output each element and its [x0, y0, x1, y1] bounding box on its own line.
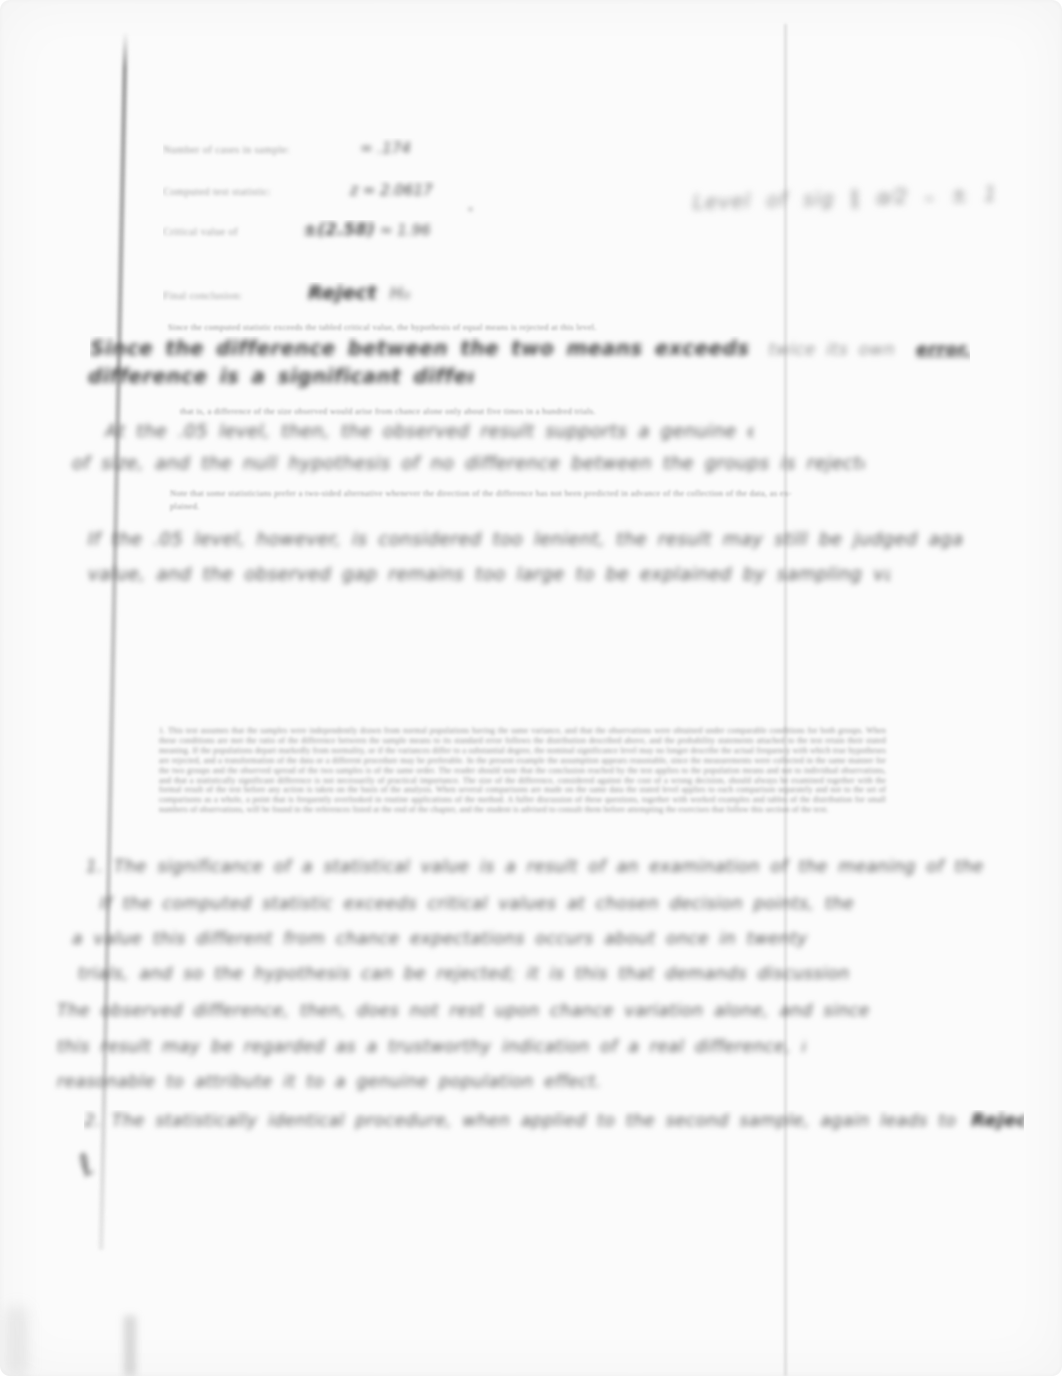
body-line-4: value, and the observed gap remains too …: [88, 564, 890, 594]
form-line-2-label: Computed test statistic:: [163, 187, 345, 198]
paragraph-1-line-3: a value this different from chance expec…: [72, 929, 896, 959]
paragraph-2-emphasis: Rejecting: [971, 1110, 1024, 1131]
form-line-1-label: Number of cases in sample:: [163, 145, 355, 156]
paragraph-1-line-1: 1. The significance of a statistical val…: [86, 857, 991, 887]
form-line-3: Critical value of ±(2.58) ≈ 1.96: [163, 220, 633, 248]
form-line-1: Number of cases in sample: = .174: [163, 138, 593, 164]
form-line-1-value: = .174: [360, 139, 411, 157]
interline-note-2: that is, a difference of the size observ…: [180, 406, 638, 418]
form-line-3-value-bold: ±(2.58): [303, 220, 375, 240]
scanned-document-page: Number of cases in sample: = .174 Comput…: [0, 0, 1062, 1376]
small-note-line-1: Note that some statisticians prefer a tw…: [170, 488, 896, 500]
form-line-2-value: z = 2.0617: [350, 181, 432, 199]
decision-value: Reject: [308, 282, 377, 304]
left-fold-line-tail: [124, 1316, 136, 1376]
paragraph-1-line-6: this result may be regarded as a trustwo…: [57, 1037, 805, 1067]
paragraph-1-line-5: The observed difference, then, does not …: [57, 1001, 945, 1031]
decision-label: Final conclusion:: [163, 291, 303, 302]
statement-line-2: difference is a significant difference.: [88, 364, 473, 394]
form-line-3-superscript: *: [468, 206, 473, 217]
paragraph-2-line: 2. The statistically identical procedure…: [84, 1110, 1024, 1142]
form-line-2: Computed test statistic: z = 2.0617: [163, 180, 603, 206]
decision-line: Final conclusion: Reject H₀: [163, 282, 463, 310]
statement-line-1-main: Since the difference between the two mea…: [90, 336, 749, 360]
statement-line-1-mid: twice its own: [768, 340, 894, 360]
small-note-line-2: plained.: [170, 501, 220, 513]
form-line-3-label: Critical value of: [163, 227, 298, 238]
body-line-3: If the .05 level, however, is considered…: [88, 529, 964, 559]
form-line-3-value-rest: ≈ 1.96: [380, 221, 431, 239]
stray-pen-mark: ℓ: [73, 1147, 100, 1184]
paragraph-1-line-2: If the computed statistic exceeds critic…: [100, 894, 872, 924]
statement-line-1: Since the difference between the two mea…: [90, 336, 970, 366]
body-line-1: At the .05 level, then, the observed res…: [105, 421, 753, 449]
left-fold-line: [99, 32, 128, 1250]
paragraph-1-line-7: reasonable to attribute it to a genuine …: [57, 1072, 645, 1102]
footnote-block: 1. This test assumes that the samples we…: [159, 726, 886, 815]
paragraph-2-main: 2. The statistically identical procedure…: [84, 1111, 956, 1131]
bottom-left-smudge: [6, 1306, 28, 1376]
body-line-2: of size, and the null hypothesis of no d…: [72, 453, 864, 481]
interline-note-1: Since the computed statistic exceeds the…: [168, 322, 663, 334]
decision-suffix: H₀: [390, 284, 410, 304]
paragraph-1-line-4: trials, and so the hypothesis can be rej…: [78, 964, 936, 994]
statement-line-1-end: error, the: [916, 340, 970, 360]
margin-formula: Level of sig ∥ α⁄2 ₌ ± 1.96: [693, 182, 994, 230]
